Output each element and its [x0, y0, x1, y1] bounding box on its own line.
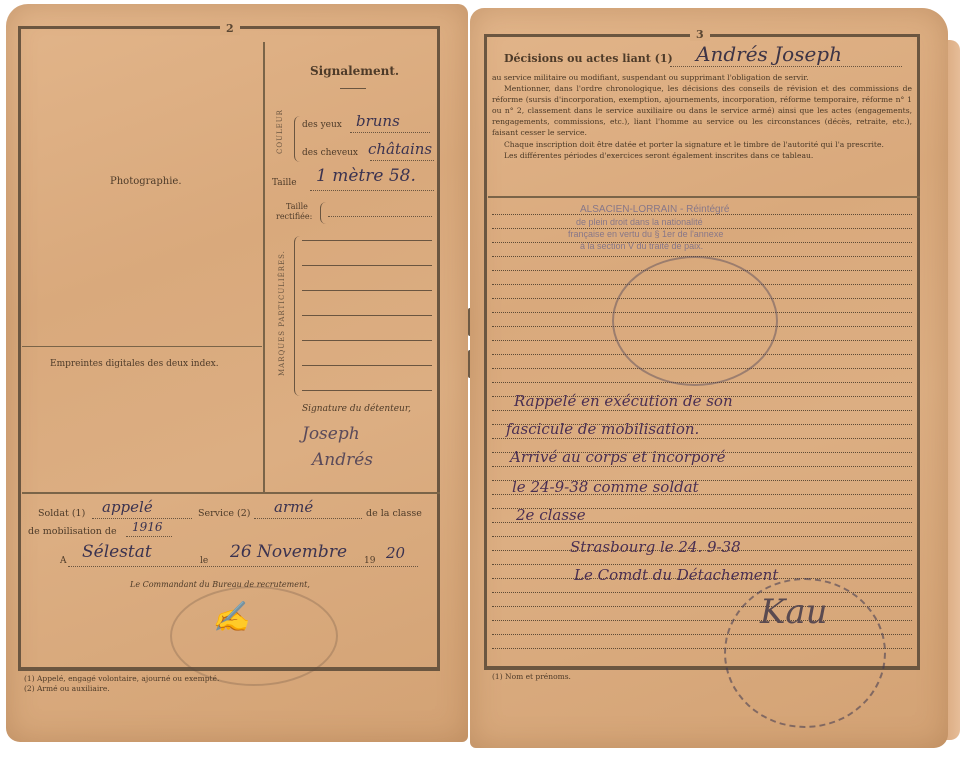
photo-label: Photographie. — [110, 176, 182, 187]
service-line — [254, 518, 362, 519]
right-page: 3 Décisions ou actes liant (1) Andrés Jo… — [470, 8, 948, 748]
footnote-2: (2) Armé ou auxiliaire. — [24, 684, 110, 694]
stamp-line-1: ALSACIEN-LORRAIN - Réintégré — [580, 204, 730, 217]
date-prefix: le — [200, 556, 208, 566]
mobilisation-label: de mobilisation de — [28, 526, 117, 537]
column-divider — [263, 42, 265, 492]
stamp-line-3: française en vertu du § 1er de l'annexe — [568, 228, 723, 241]
mobilisation-value: 1916 — [132, 520, 163, 534]
marks-line-6 — [302, 365, 432, 366]
service-label: Service (2) — [198, 508, 251, 519]
service-divider — [22, 492, 440, 494]
holder-signature-label: Signature du détenteur, — [302, 404, 411, 414]
left-page: 2 Photographie. Empreintes digitales des… — [6, 4, 468, 742]
eyes-value: bruns — [356, 112, 400, 130]
hair-value: châtains — [368, 140, 432, 158]
marks-line-4 — [302, 315, 432, 316]
place-prefix: A — [60, 556, 67, 566]
eyes-line — [350, 132, 430, 133]
place-value: Sélestat — [82, 542, 152, 562]
recruitment-stamp — [170, 586, 338, 686]
holder-signature-line1: Joseph — [302, 424, 360, 444]
couleur-vertical-label: COULEUR — [276, 109, 284, 154]
soldat-value: appelé — [102, 498, 153, 516]
classe-label: de la classe — [366, 508, 422, 519]
footnote-name: (1) Nom et prénoms. — [492, 672, 571, 682]
marks-line-1 — [302, 240, 432, 241]
place-date-line — [68, 566, 418, 567]
booklet-spread: 2 Photographie. Empreintes digitales des… — [0, 0, 964, 768]
marks-line-2 — [302, 265, 432, 266]
soldat-label: Soldat (1) — [38, 508, 85, 519]
soldat-line — [92, 518, 192, 519]
fingerprints-label: Empreintes digitales des deux index. — [50, 359, 219, 369]
name-value: Andrés Joseph — [696, 42, 842, 66]
holder-signature-line2: Andrés — [312, 450, 373, 470]
height-corrected-label-1: Taille — [286, 202, 308, 211]
marks-vertical-label: MARQUES PARTICULIÈRES. — [278, 250, 286, 376]
height-corrected-label-2: rectifiée: — [276, 212, 312, 221]
marks-line-7 — [302, 390, 432, 391]
stamp-line-4: à la section V du traité de paix. — [580, 240, 703, 253]
date-value: 26 Novembre — [230, 542, 347, 562]
page-number-left: 2 — [220, 22, 240, 35]
instructions-divider — [488, 196, 920, 198]
marks-brace — [294, 236, 300, 396]
instruction-1: au service militaire ou modifiant, suspe… — [492, 72, 912, 83]
name-line — [670, 66, 902, 67]
commander-signature-right: Kau — [760, 592, 828, 632]
entry-line-3: Arrivé au corps et incorporé — [510, 448, 726, 466]
commander-label: Le Commandant du Bureau de recrutement, — [130, 580, 310, 589]
instruction-3: Chaque inscription doit être datée et po… — [492, 139, 912, 150]
height-value: 1 mètre 58. — [316, 166, 416, 186]
stamp-line-2: de plein droit dans la nationalité — [576, 216, 703, 229]
entry-line-1: Rappelé en exécution de son — [514, 392, 733, 410]
couleur-brace — [294, 116, 300, 162]
height-line — [310, 190, 434, 191]
footnote-1: (1) Appelé, engagé volontaire, ajourné o… — [24, 674, 219, 684]
marks-line-3 — [302, 290, 432, 291]
year-prefix: 19 — [364, 556, 375, 566]
service-value: armé — [274, 498, 313, 516]
entry-line-2: fascicule de mobilisation. — [506, 420, 699, 438]
hair-label: des cheveux — [302, 148, 358, 158]
mobilisation-line — [126, 536, 172, 537]
official-round-stamp — [612, 256, 778, 386]
photo-divider — [22, 346, 262, 347]
signoff-line-1: Strasbourg le 24. 9-38 — [570, 538, 741, 556]
entry-line-4: le 24-9-38 comme soldat — [512, 478, 699, 496]
signalement-title: Signalement. — [310, 64, 399, 78]
commander-signature: ✍ — [212, 600, 249, 635]
height-corrected-brace — [320, 202, 326, 224]
decisions-heading: Décisions ou actes liant (1) — [504, 52, 673, 65]
instruction-4: Les différentes périodes d'exercices ser… — [492, 150, 912, 161]
marks-line-5 — [302, 340, 432, 341]
instructions-block: au service militaire ou modifiant, suspe… — [492, 72, 912, 161]
year-value: 20 — [386, 544, 405, 562]
page-number-right: 3 — [690, 28, 710, 41]
entry-line-5: 2e classe — [516, 506, 586, 524]
title-underline — [340, 88, 366, 89]
eyes-label: des yeux — [302, 120, 342, 130]
signoff-line-2: Le Comdt du Détachement — [574, 566, 778, 584]
height-label: Taille — [272, 178, 297, 188]
instruction-2: Mentionner, dans l'ordre chronologique, … — [492, 83, 912, 138]
hair-line — [370, 160, 434, 161]
height-corrected-line — [328, 216, 432, 217]
